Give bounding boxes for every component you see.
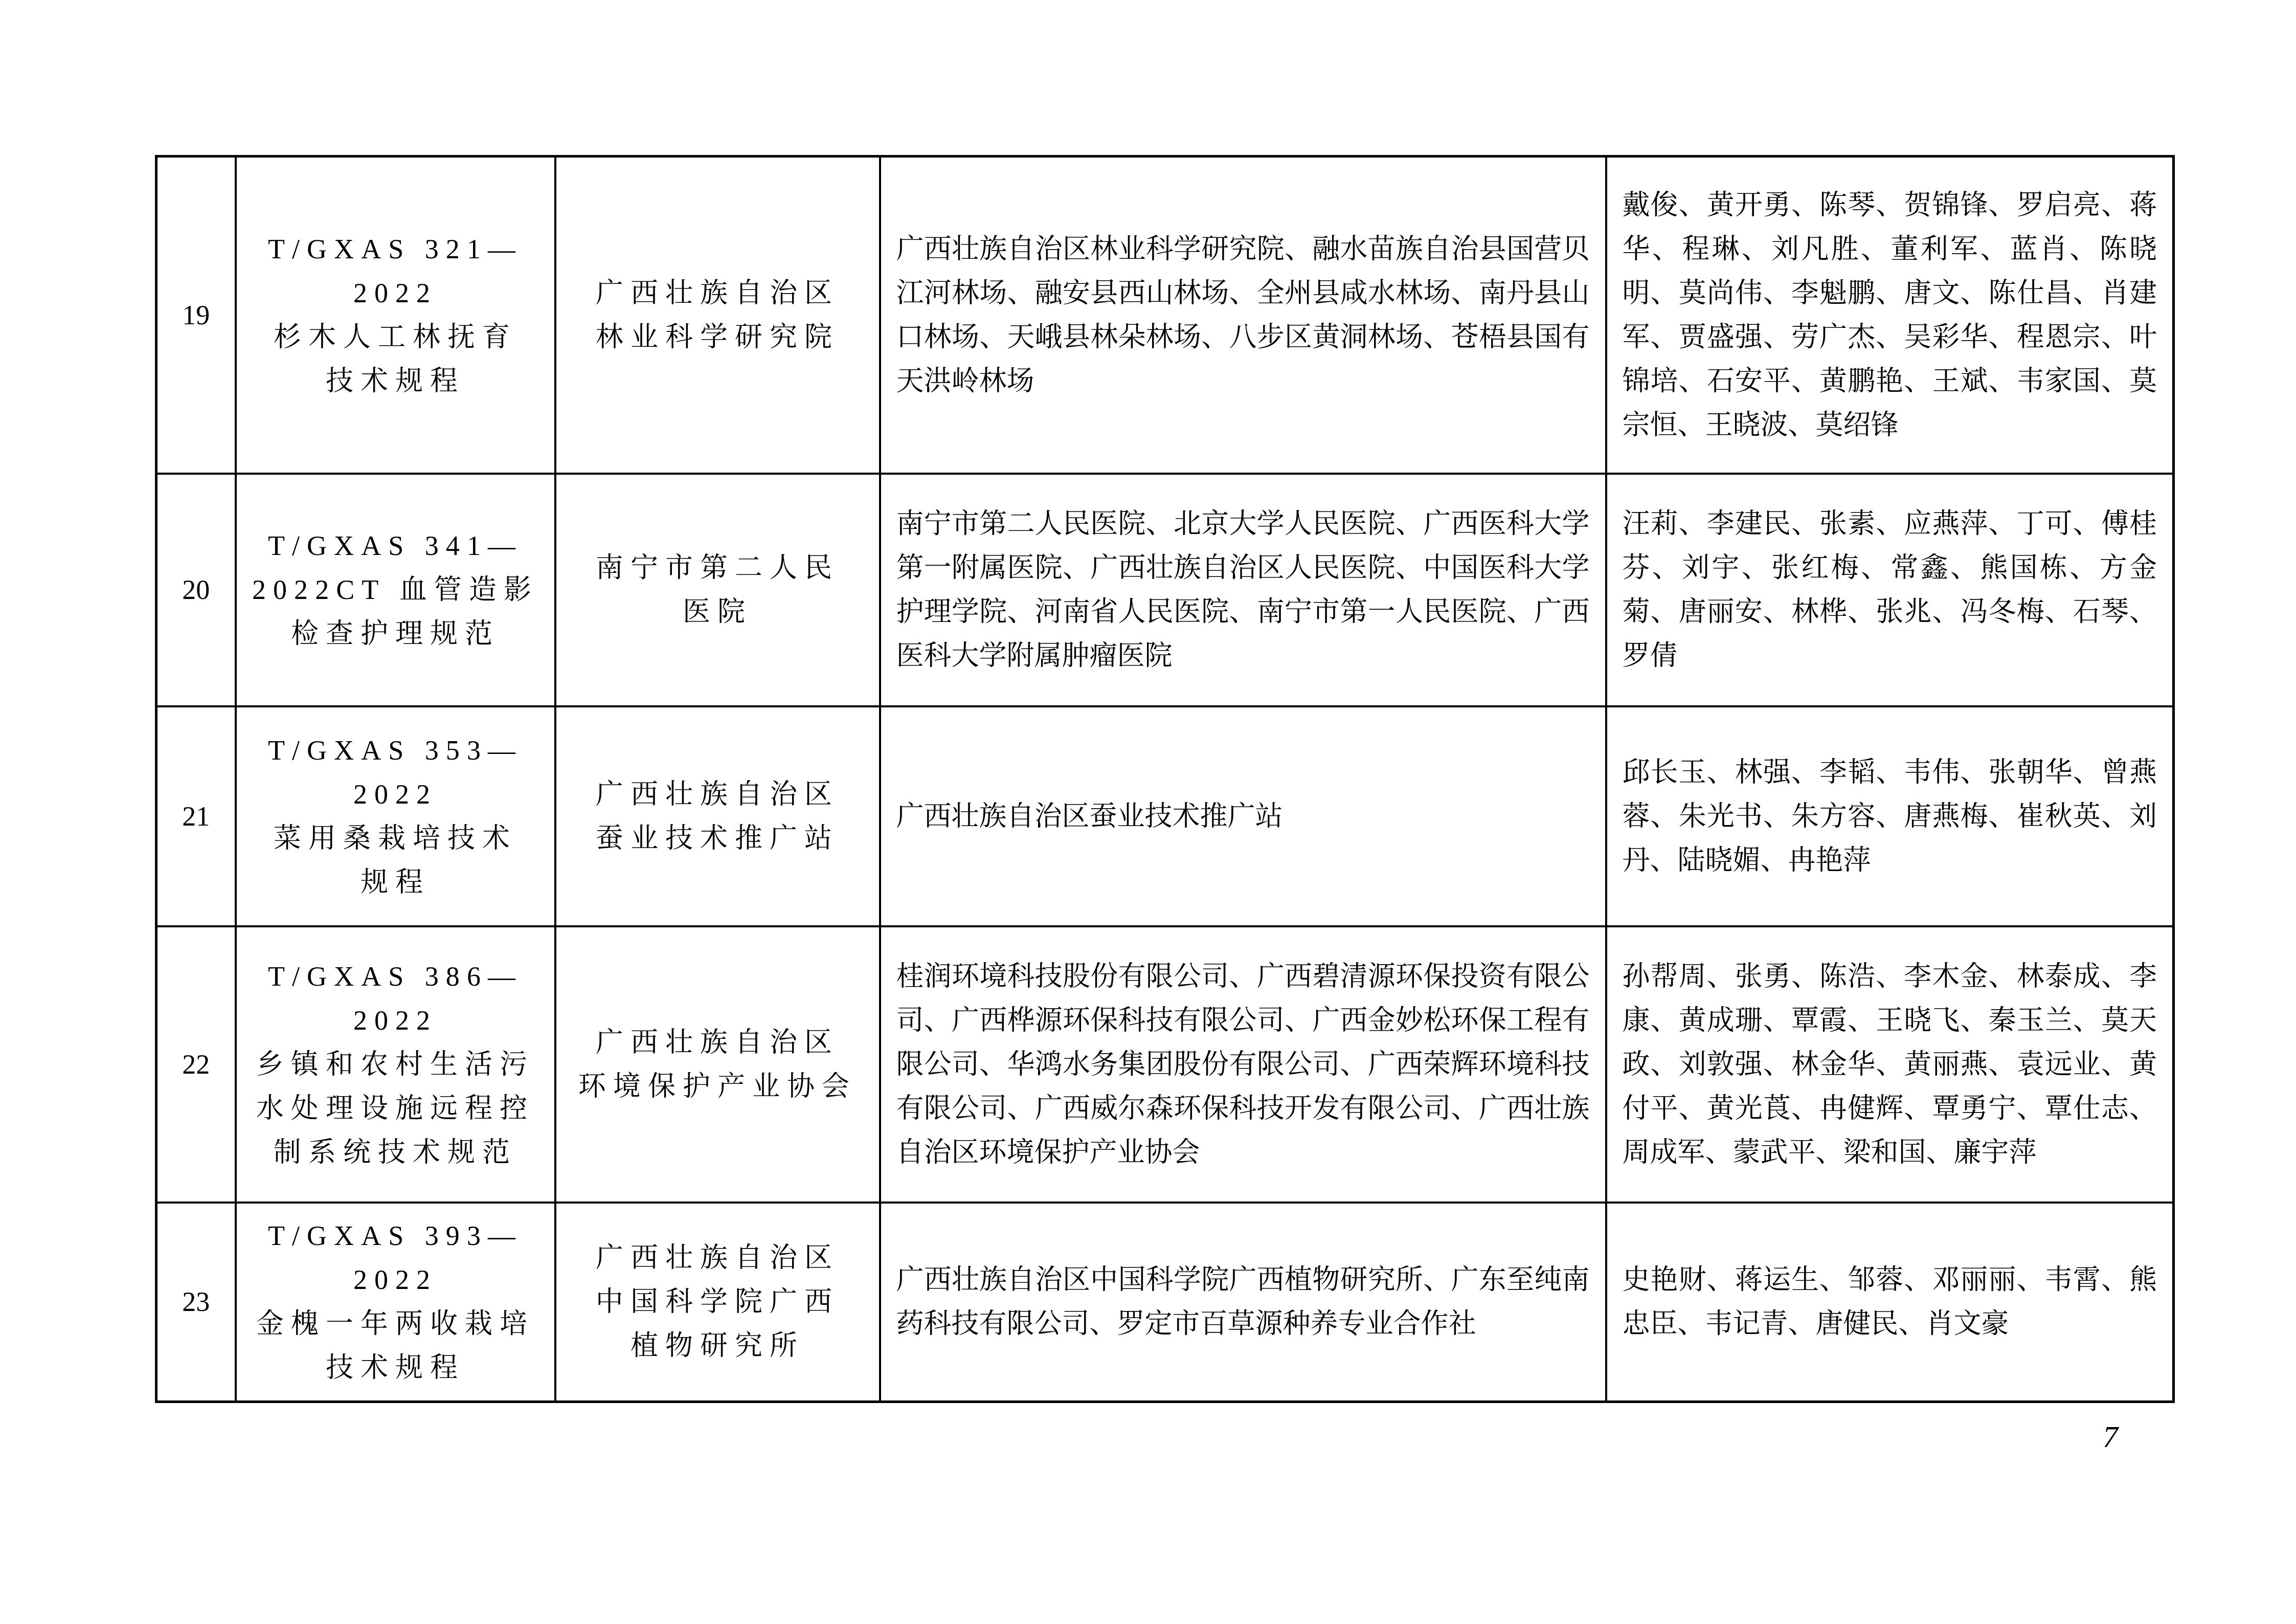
- proposing-org-cell: 南宁市第二人民 医院: [555, 474, 880, 706]
- drafting-orgs-cell: 广西壮族自治区中国科学院广西植物研究所、广东至纯南药科技有限公司、罗定市百草源种…: [880, 1203, 1606, 1402]
- drafting-orgs-cell: 广西壮族自治区蚕业技术推广站: [880, 706, 1606, 926]
- serial-number-cell: 19: [156, 157, 236, 474]
- drafters-names-cell: 汪莉、李建民、张素、应燕萍、丁可、傅桂芬、刘宇、张红梅、常鑫、熊国栋、方金菊、唐…: [1606, 474, 2174, 706]
- proposing-org-cell: 广西壮族自治区 中国科学院广西 植物研究所: [555, 1203, 880, 1402]
- document-page: 19 T/GXAS 321—2022 杉木人工林抚育 技术规程 广西壮族自治区 …: [0, 0, 2296, 1624]
- serial-number-cell: 20: [156, 474, 236, 706]
- proposing-org-cell: 广西壮族自治区 蚕业技术推广站: [555, 706, 880, 926]
- drafting-orgs-cell: 南宁市第二人民医院、北京大学人民医院、广西医科大学第一附属医院、广西壮族自治区人…: [880, 474, 1606, 706]
- drafters-names-cell: 邱长玉、林强、李韬、韦伟、张朝华、曾燕蓉、朱光书、朱方容、唐燕梅、崔秋英、刘丹、…: [1606, 706, 2174, 926]
- standard-title-cell: T/GXAS 353—2022 菜用桑栽培技术 规程: [236, 706, 555, 926]
- drafting-orgs-cell: 广西壮族自治区林业科学研究院、融水苗族自治县国营贝江河林场、融安县西山林场、全州…: [880, 157, 1606, 474]
- serial-number-cell: 23: [156, 1203, 236, 1402]
- drafters-names-cell: 史艳财、蒋运生、邹蓉、邓丽丽、韦霄、熊忠臣、韦记青、唐健民、肖文豪: [1606, 1203, 2174, 1402]
- drafting-orgs-cell: 桂润环境科技股份有限公司、广西碧清源环保投资有限公司、广西桦源环保科技有限公司、…: [880, 926, 1606, 1203]
- table-row: 19 T/GXAS 321—2022 杉木人工林抚育 技术规程 广西壮族自治区 …: [156, 157, 2174, 474]
- table-row: 22 T/GXAS 386—2022 乡镇和农村生活污 水处理设施远程控 制系统…: [156, 926, 2174, 1203]
- serial-number-cell: 21: [156, 706, 236, 926]
- standard-title-cell: T/GXAS 386—2022 乡镇和农村生活污 水处理设施远程控 制系统技术规…: [236, 926, 555, 1203]
- standards-table: 19 T/GXAS 321—2022 杉木人工林抚育 技术规程 广西壮族自治区 …: [155, 155, 2175, 1403]
- standard-title-cell: T/GXAS 393—2022 金槐一年两收栽培 技术规程: [236, 1203, 555, 1402]
- drafters-names-cell: 孙帮周、张勇、陈浩、李木金、林泰成、李康、黄成珊、覃霞、王晓飞、秦玉兰、莫天政、…: [1606, 926, 2174, 1203]
- table-row: 23 T/GXAS 393—2022 金槐一年两收栽培 技术规程 广西壮族自治区…: [156, 1203, 2174, 1402]
- serial-number-cell: 22: [156, 926, 236, 1203]
- table-row: 20 T/GXAS 341— 2022CT 血管造影 检查护理规范 南宁市第二人…: [156, 474, 2174, 706]
- proposing-org-cell: 广西壮族自治区 环境保护产业协会: [555, 926, 880, 1203]
- standard-title-cell: T/GXAS 341— 2022CT 血管造影 检查护理规范: [236, 474, 555, 706]
- table-row: 21 T/GXAS 353—2022 菜用桑栽培技术 规程 广西壮族自治区 蚕业…: [156, 706, 2174, 926]
- drafters-names-cell: 戴俊、黄开勇、陈琴、贺锦锋、罗启亮、蒋华、程琳、刘凡胜、董利军、蓝肖、陈晓明、莫…: [1606, 157, 2174, 474]
- page-number: 7: [2103, 1419, 2118, 1455]
- proposing-org-cell: 广西壮族自治区 林业科学研究院: [555, 157, 880, 474]
- standard-title-cell: T/GXAS 321—2022 杉木人工林抚育 技术规程: [236, 157, 555, 474]
